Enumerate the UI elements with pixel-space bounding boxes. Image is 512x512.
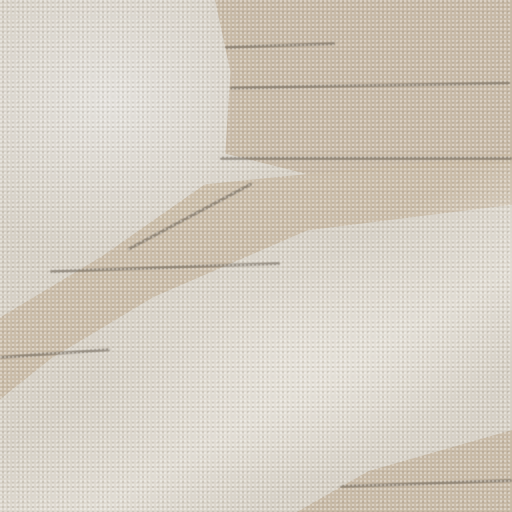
carpet-texture-photo <box>0 0 512 512</box>
pile-texture <box>0 0 512 512</box>
